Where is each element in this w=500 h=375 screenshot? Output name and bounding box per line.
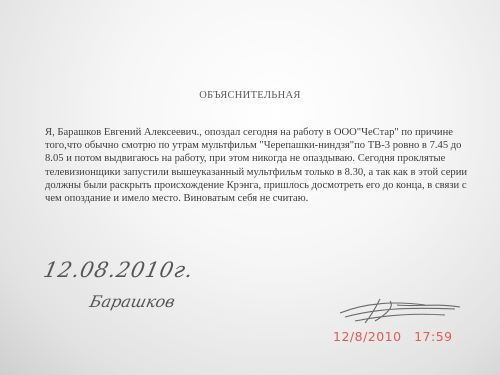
photo-timestamp: 12/8/2010 17:59 [333,329,453,344]
handwritten-name: Барашков [88,292,177,311]
body-line: чем опоздание и имело место. Виноватым с… [45,192,485,205]
document-photo: ОБЪЯСНИТЕЛЬНАЯ Я, Барашков Евгений Алекс… [0,0,500,375]
body-line: 8.05 и потом выдвигаюсь на работу, при э… [45,152,485,165]
signature-icon [335,295,465,325]
body-line: должны были раскрыть происхождение Крэнг… [45,179,485,192]
handwritten-date: 12.08.2010г. [41,258,196,282]
body-line: телевизионщики запустили вышеуказанный м… [45,166,485,179]
body-line: того,что обычно смотрю по утрам мультфил… [45,139,485,152]
document-body: Я, Барашков Евгений Алексеевич., опоздал… [45,126,485,205]
body-line: Я, Барашков Евгений Алексеевич., опоздал… [45,126,485,139]
document-title: ОБЪЯСНИТЕЛЬНАЯ [0,90,500,101]
timestamp-date: 12/8/2010 [333,329,402,344]
timestamp-time: 17:59 [414,329,453,344]
